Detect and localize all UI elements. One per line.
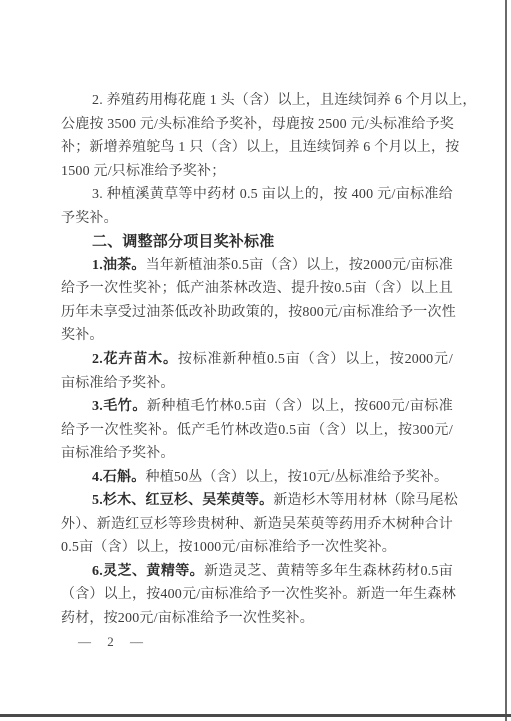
page-bottom-edge: [0, 714, 511, 717]
text-line: 0.5亩（含）以上，按1000元/亩标准给予一次性奖补。: [61, 536, 453, 560]
text-line: 亩标准给予奖补。: [61, 372, 453, 396]
line-text: 外）、新造红豆杉等珍贵树种、新造吴茱萸等药用乔木树种合计: [61, 517, 453, 532]
text-line: 1500 元/只标准给予奖补；: [61, 160, 453, 184]
text-line: 补；新增养殖鸵鸟 1 只（含）以上，且连续饲养 6 个月以上，按: [61, 136, 453, 160]
text-line: 药材，按200元/亩标准给予一次性奖补。: [61, 607, 453, 631]
text-line: 1.油茶。当年新植油茶0.5亩（含）以上，按2000元/亩标准: [61, 254, 453, 278]
line-text: 新造灵芝、黄精等多年生森林药材0.5亩: [204, 564, 453, 579]
text-line: 3.毛竹。新种植毛竹林0.5亩（含）以上，按600元/亩标准: [61, 395, 453, 419]
text-line: 给予一次性奖补。低产毛竹林改造0.5亩（含）以上，按300元/: [61, 419, 453, 443]
line-text: 奖补。: [61, 328, 104, 343]
scanned-page: 2. 养殖药用梅花鹿 1 头（含）以上，且连续饲养 6 个月以上， 公鹿按 35…: [0, 0, 511, 721]
line-text: 药材，按200元/亩标准给予一次性奖补。: [61, 611, 314, 626]
section-heading: 二、调整部分项目奖补标准: [61, 230, 453, 254]
line-text: 亩标准给予奖补。: [61, 376, 175, 391]
line-text: 2. 养殖药用梅花鹿 1 头（含）以上，且连续饲养 6 个月以上，: [92, 93, 477, 108]
line-text: 给予一次性奖补。低产毛竹林改造0.5亩（含）以上，按300元/: [61, 423, 453, 438]
item-title: 2.花卉苗木。: [92, 352, 178, 367]
line-text: 当年新植油茶0.5亩（含）以上，按2000元/亩标准: [146, 258, 453, 273]
line-text: 按标准新种植0.5亩（含）以上，按2000元/: [178, 352, 453, 367]
line-text: 亩标准给予奖补。: [61, 446, 175, 461]
text-line: （含）以上，按400元/亩标准给予一次性奖补。新造一年生森林: [61, 583, 453, 607]
item-title: 1.油茶。: [92, 258, 146, 273]
text-line: 给予一次性奖补；低产油茶林改造、提升按0.5亩（含）以上且: [61, 277, 453, 301]
line-text: 补；新增养殖鸵鸟 1 只（含）以上，且连续饲养 6 个月以上，按: [61, 140, 459, 155]
line-text: 1500 元/只标准给予奖补；: [61, 164, 225, 179]
text-line: 予奖补。: [61, 207, 453, 231]
item-title: 6.灵芝、黄精等。: [92, 564, 204, 579]
item-title: 3.毛竹。: [92, 399, 147, 414]
text-line: 2. 养殖药用梅花鹿 1 头（含）以上，且连续饲养 6 个月以上，: [61, 89, 453, 113]
line-text: 0.5亩（含）以上，按1000元/亩标准给予一次性奖补。: [61, 540, 396, 555]
line-text: 种植50丛（含）以上，按10元/丛标准给予奖补。: [146, 470, 449, 485]
text-line: 5.杉木、红豆杉、吴茱萸等。新造杉木等用材林（除马尾松: [61, 489, 453, 513]
line-text: 公鹿按 3500 元/头标准给予奖补，母鹿按 2500 元/头标准给予奖: [61, 117, 454, 132]
text-line: 6.灵芝、黄精等。新造灵芝、黄精等多年生森林药材0.5亩: [61, 560, 453, 584]
item-title: 5.杉木、红豆杉、吴茱萸等。: [92, 493, 273, 508]
text-line: 4.石斛。种植50丛（含）以上，按10元/丛标准给予奖补。: [61, 466, 453, 490]
text-line: 历年未享受过油茶低改补助政策的，按800元/亩标准给予一次性: [61, 301, 453, 325]
line-text: 3. 种植溪黄草等中药材 0.5 亩以上的，按 400 元/亩标准给: [92, 187, 453, 202]
page-right-edge: [505, 0, 507, 721]
line-text: 予奖补。: [61, 211, 118, 226]
text-line: 亩标准给予奖补。: [61, 442, 453, 466]
text-line: 3. 种植溪黄草等中药材 0.5 亩以上的，按 400 元/亩标准给: [61, 183, 453, 207]
section-heading-text: 二、调整部分项目奖补标准: [92, 233, 274, 250]
text-line: 2.花卉苗木。按标准新种植0.5亩（含）以上，按2000元/: [61, 348, 453, 372]
line-text: 新造杉木等用材林（除马尾松: [273, 493, 458, 508]
text-line: 公鹿按 3500 元/头标准给予奖补，母鹿按 2500 元/头标准给予奖: [61, 113, 453, 137]
line-text: 给予一次性奖补；低产油茶林改造、提升按0.5亩（含）以上且: [61, 281, 453, 296]
line-text: 历年未享受过油茶低改补助政策的，按800元/亩标准给予一次性: [61, 305, 456, 320]
line-text: （含）以上，按400元/亩标准给予一次性奖补。新造一年生森林: [61, 587, 456, 602]
line-text: 新种植毛竹林0.5亩（含）以上，按600元/亩标准: [147, 399, 453, 414]
text-line: 奖补。: [61, 324, 453, 348]
item-title: 4.石斛。: [92, 470, 146, 485]
text-line: 外）、新造红豆杉等珍贵树种、新造吴茱萸等药用乔木树种合计: [61, 513, 453, 537]
page-number: — 2 —: [78, 634, 146, 650]
document-body: 2. 养殖药用梅花鹿 1 头（含）以上，且连续饲养 6 个月以上， 公鹿按 35…: [61, 89, 453, 631]
